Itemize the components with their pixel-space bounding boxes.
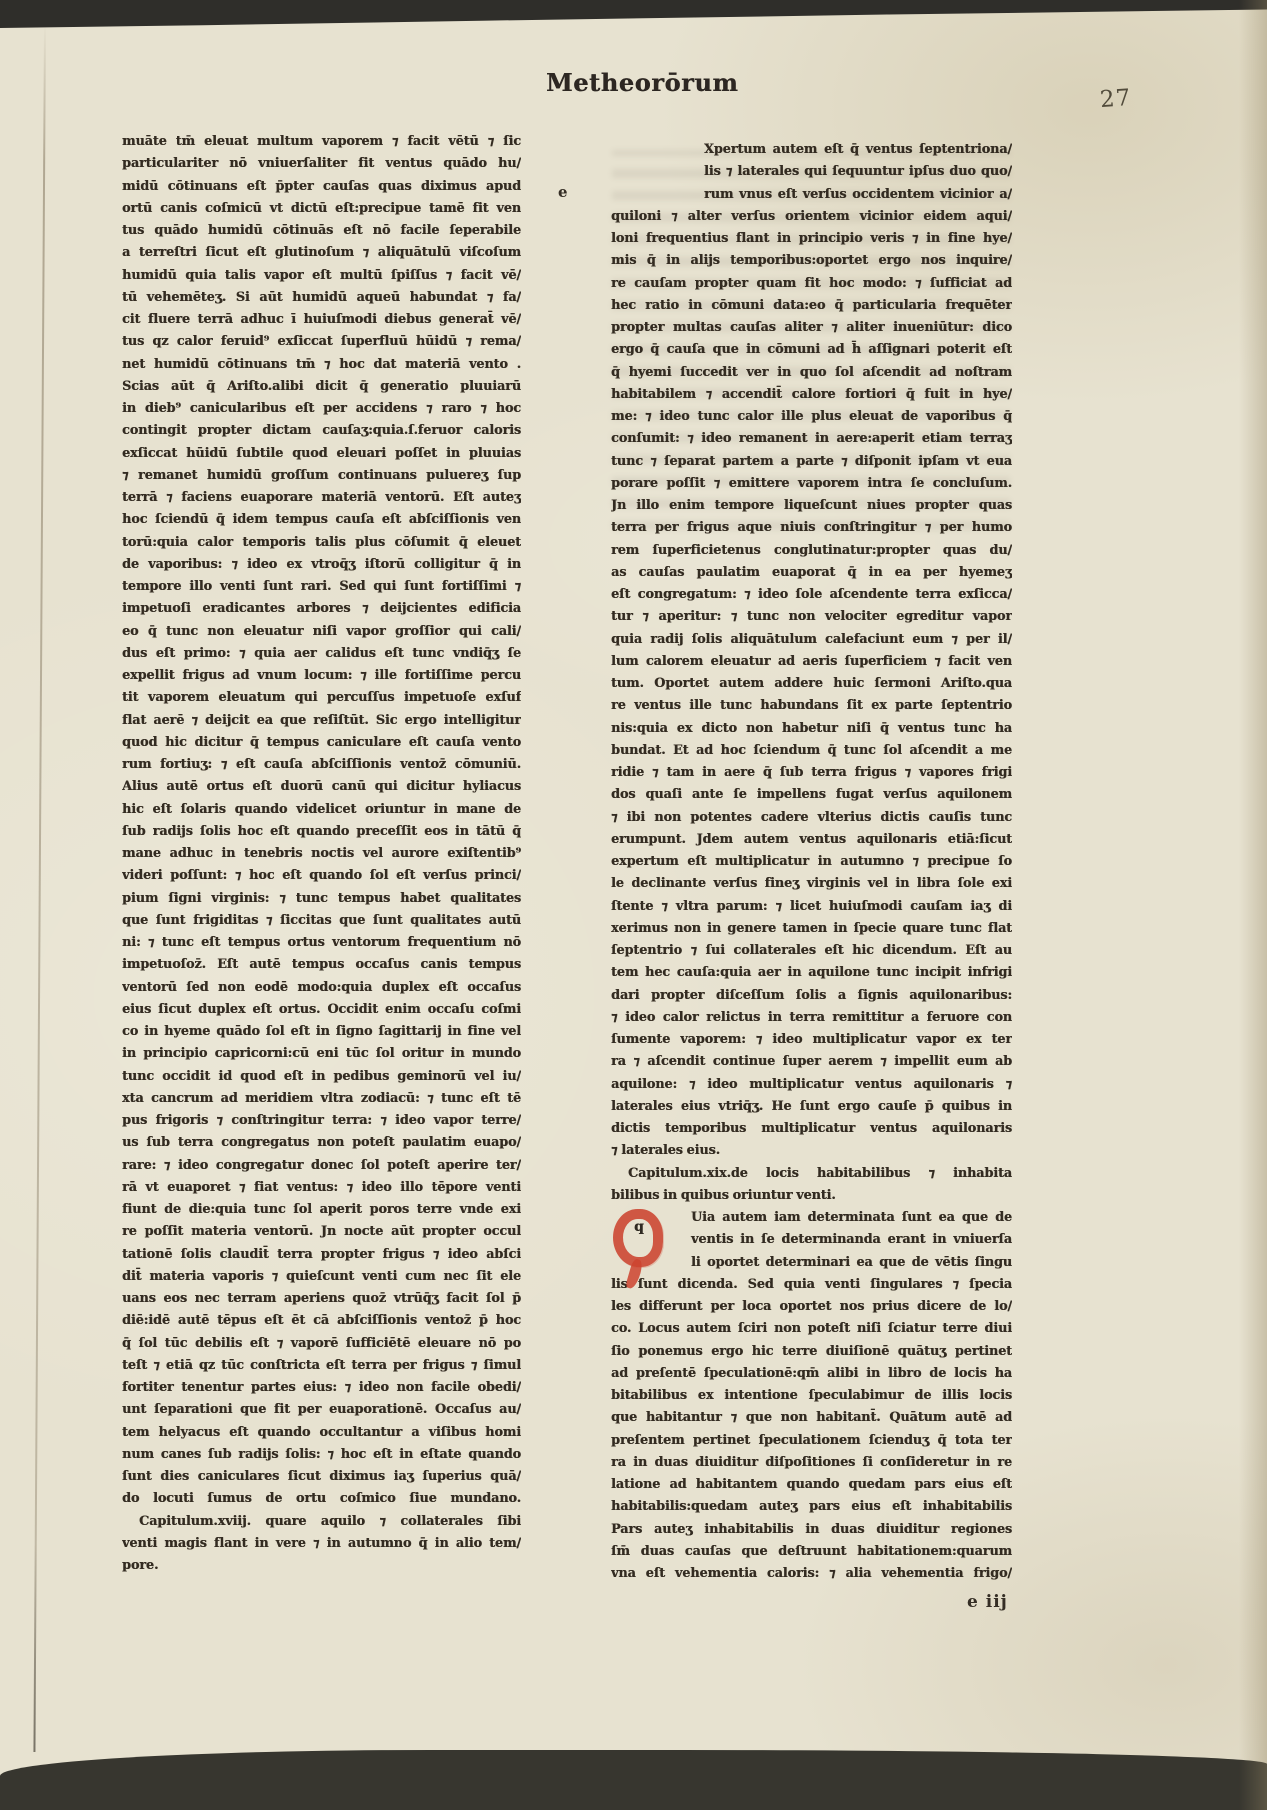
text-line: ergo q̄ cauſa que in cōmuni ad h̄ aſſign… [611, 339, 1012, 361]
text-line: eo q̄ tunc non eleuatur niſi vapor groſſ… [122, 621, 521, 643]
text-line: ſeptentrio ⁊ ſui collaterales eſt hic di… [611, 940, 1012, 962]
text-line: preſentem pertinet ſpeculationem ſciendu… [611, 1430, 1012, 1452]
text-line: hic eſt ſolaris quando videlicet oriuntu… [122, 799, 521, 821]
text-line: habitabilis:quedam auteʒ pars eius eſt i… [611, 1496, 1012, 1518]
text-line: rā vt euaporet ⁊ fiat ventus: ⁊ ideo ill… [122, 1177, 521, 1199]
text-line: flat aerē ⁊ deijcit ea que reſiſtūt. Sic… [122, 710, 521, 732]
text-line: co. Locus autem ſciri non poteſt niſi ſc… [611, 1318, 1012, 1340]
text-line: que ſunt frigiditas ⁊ ſiccitas que ſunt … [122, 910, 521, 932]
text-line: num canes ſub radijs ſolis: ⁊ hoc eſt in… [122, 1444, 521, 1466]
text-line: Alius autē ortus eſt duorū canū qui dici… [122, 776, 521, 798]
text-line: q̄ ſol tūc debilis eſt ⁊ vaporē ſufficiē… [122, 1333, 521, 1355]
text-line: tempore illo venti ſunt rari. Sed qui ſu… [122, 576, 521, 598]
text-line: tus qz calor feruid⁹ exſiccat ſuperfluū … [122, 331, 521, 353]
text-line: muāte tm̄ eleuat multum vaporem ⁊ facit … [122, 131, 521, 153]
text-line: tum. Oportet autem addere huic ſermoni A… [611, 673, 1012, 695]
text-line: rum vnus eſt verſus occidentem vicinior … [611, 184, 1012, 206]
book-page-scan: Metheorōrum 27 e muāte tm̄ eleuat multum… [0, 0, 1267, 1810]
text-line: eſt congregatum: ⁊ ideo ſole aſcendente … [611, 584, 1012, 606]
text-line: torū:quia calor temporis talis plus cōſu… [122, 532, 521, 554]
text-line: uans eos nec terram aperiens quoz̄ vtrūq… [122, 1288, 521, 1310]
text-line: xerimus non in genere tamen in ſpecie qu… [611, 918, 1012, 940]
text-line: tationē ſolis claudit̄ terra propter fri… [122, 1244, 521, 1266]
text-line: erumpunt. Jdem autem ventus aquilonaris … [611, 829, 1012, 851]
text-line: quia radij ſolis aliquātulum calefaciunt… [611, 629, 1012, 651]
text-line: exſiccat hūidū ſubtile quod eleuari poſſ… [122, 443, 521, 465]
text-line: Xpertum autem eſt q̄ ventus ſeptentriona… [611, 139, 1012, 161]
text-line: tem helyacus eſt quando occultantur a vi… [122, 1422, 521, 1444]
text-line: nis:quia ex dicto non habetur niſi q̄ ve… [611, 718, 1012, 740]
text-line: ⁊ laterales eius. [611, 1140, 1012, 1162]
quire-signature: e iij [967, 1592, 1008, 1612]
text-line: pore. [122, 1555, 521, 1577]
text-line: habitabilem ⁊ accendit̄ calore fortiori … [611, 384, 1012, 406]
text-line: de vaporibus: ⁊ ideo ex vtroq̄ʒ iſtorū c… [122, 554, 521, 576]
rubricated-initial-Q: q [613, 1207, 675, 1287]
text-line: co in hyeme quādo ſol eſt in ſigno ſagit… [122, 1021, 521, 1043]
text-line: Scias aūt q̄ Ariſto.alibi dicit q̄ gener… [122, 376, 521, 398]
text-line: que habitantur ⁊ que non habitant̄. Quāt… [611, 1407, 1012, 1429]
text-line: Jn illo enim tempore liqueſcunt niues pr… [611, 495, 1012, 517]
text-line: ortū canis coſmicū vt dictū eſt:precipue… [122, 198, 521, 220]
text-line: ſumente vaporem: ⁊ ideo multiplicatur va… [611, 1029, 1012, 1051]
text-line: lum calorem eleuatur ad aeris ſuperficie… [611, 651, 1012, 673]
text-line: contingit propter dictam cauſaʒ:quia.ſ.f… [122, 420, 521, 442]
text-line: mane adhuc in tenebris noctis vel aurore… [122, 843, 521, 865]
text-line: quiloni ⁊ alter verſus orientem vicinior… [611, 206, 1012, 228]
text-line: bundat. Et ad hoc ſciendum q̄ tunc ſol a… [611, 740, 1012, 762]
text-line: aquilone: ⁊ ideo multiplicatur ventus aq… [611, 1074, 1012, 1096]
text-line: xta cancrum ad meridiem vltra zodiacū: ⁊… [122, 1088, 521, 1110]
text-line: conſumit: ⁊ ideo remanent in aere:aperit… [611, 428, 1012, 450]
text-line: in dieb⁹ canicularibus eſt per accidens … [122, 398, 521, 420]
text-line: quod hic dicitur q̄ tempus caniculare eſ… [122, 732, 521, 754]
text-line: eius ſicut duplex eſt ortus. Occidit eni… [122, 999, 521, 1021]
text-line: q̄ hyemi ſuccedit ver in quo ſol aſcendi… [611, 362, 1012, 384]
text-line: videri poſſunt: ⁊ hoc eſt quando ſol eſt… [122, 865, 521, 887]
scan-edge-top [0, 0, 1267, 28]
text-line: dos quaſi ante ſe impellens fugat verſus… [611, 784, 1012, 806]
text-line: tunc ⁊ ſeparat partem a parte ⁊ diſponit… [611, 451, 1012, 473]
text-line: tem hec cauſa:quia aer in aquilone tunc … [611, 962, 1012, 984]
text-line: pium ſigni virginis: ⁊ tunc tempus habet… [122, 888, 521, 910]
text-line: tū vehemēteʒ. Si aūt humidū aqueū habund… [122, 287, 521, 309]
text-line: Capitulum.xix.de locis habitabilibus ⁊ i… [611, 1163, 1012, 1185]
text-line: terra per frigus aque niuis conſtringitu… [611, 517, 1012, 539]
text-line: ra ⁊ aſcendit continue ſuper aerem ⁊ imp… [611, 1051, 1012, 1073]
scan-edge-bottom [0, 1750, 1267, 1810]
text-line: us ſub terra congregatus non poteſt paul… [122, 1132, 521, 1154]
text-line: rare: ⁊ ideo congregatur donec ſol poteſ… [122, 1155, 521, 1177]
text-line: ⁊ remanet humidū groſſum continuans pulu… [122, 465, 521, 487]
text-line: re cauſam propter quam fit hoc modo: ⁊ ſ… [611, 273, 1012, 295]
text-line: tus quādo humidū cōtinuās eſt nō facile … [122, 220, 521, 242]
text-line: rum fortiuʒ: ⁊ eſt cauſa abſciſſionis ve… [122, 754, 521, 776]
text-line: in principio capricorni:cū eni tūc ſol o… [122, 1043, 521, 1065]
text-line: net humidū cōtinuans tm̄ ⁊ hoc dat mater… [122, 354, 521, 376]
text-line: re ventus ille tunc habundans ſit ex par… [611, 695, 1012, 717]
text-line: ad preſentē ſpeculationē:qm̄ alibi in li… [611, 1363, 1012, 1385]
text-line: midū cōtinuans eſt p̄pter cauſas quas di… [122, 176, 521, 198]
text-line: vna eſt vehementia caloris: ⁊ alia vehem… [611, 1563, 1012, 1585]
text-line: laterales eius vtriq̄ʒ. He ſunt ergo cau… [611, 1096, 1012, 1118]
text-line: dit̄ materia vaporis ⁊ quieſcunt venti c… [122, 1266, 521, 1288]
text-line: propter multas cauſas aliter ⁊ aliter in… [611, 317, 1012, 339]
text-column-right: q Xpertum autem eſt q̄ ventus ſeptentrio… [611, 139, 1012, 1585]
text-line: Capitulum.xviij. quare aquilo ⁊ collater… [122, 1511, 521, 1533]
text-line: ſm̄ duas cauſas que deſtruunt habitation… [611, 1541, 1012, 1563]
text-line: diē:idē autē tēpus eſt ēt cā abſciſſioni… [122, 1310, 521, 1332]
text-line: expellit frigus ad vnum locum: ⁊ ille fo… [122, 665, 521, 687]
text-line: tit vaporem eleuatum qui percuſſus impet… [122, 687, 521, 709]
text-line: Pars auteʒ inhabitabilis in duas diuidit… [611, 1519, 1012, 1541]
text-line: latione ad habitantem quando quedam pars… [611, 1474, 1012, 1496]
text-line: a terreſtri ſicut eſt glutinoſum ⁊ aliqu… [122, 242, 521, 264]
text-line: tur ⁊ aperitur: ⁊ tunc non velociter egr… [611, 606, 1012, 628]
text-line: fortiter tenentur partes eius: ⁊ ideo no… [122, 1377, 521, 1399]
text-line: dus eſt primo: ⁊ quia aer calidus eſt tu… [122, 643, 521, 665]
text-line: ſub radijs ſolis hoc eſt quando preceſſi… [122, 821, 521, 843]
text-line: venti magis flant in vere ⁊ in autumno q… [122, 1533, 521, 1555]
text-line: mis q̄ in alijs temporibus:oportet ergo … [611, 250, 1012, 272]
running-title: Metheorōrum [546, 68, 738, 97]
text-line: me: ⁊ ideo tunc calor ille plus eleuat d… [611, 406, 1012, 428]
text-line: pus frigoris ⁊ conſtringitur terra: ⁊ id… [122, 1110, 521, 1132]
text-line: as cauſas paulatim euaporat q̄ in ea per… [611, 562, 1012, 584]
text-line: ſunt dies caniculares ſicut diximus iaʒ … [122, 1466, 521, 1488]
text-line: les differunt per loca oportet nos prius… [611, 1296, 1012, 1318]
text-line: hec ratio in cōmuni data:eo q̄ particula… [611, 295, 1012, 317]
text-line: fiunt de die:quia tunc ſol aperit poros … [122, 1199, 521, 1221]
text-line: expertum eſt multiplicatur in autumno ⁊ … [611, 851, 1012, 873]
text-line: ridie ⁊ tam in aere q̄ ſub terra frigus … [611, 762, 1012, 784]
text-line: ventorū ſed non eodē modo:quia duplex eſ… [122, 977, 521, 999]
initial-q-bowl [613, 1209, 663, 1267]
text-line: porare poſſit ⁊ emittere vaporem intra ſ… [611, 473, 1012, 495]
text-line: re poſſit materia ventorū. Jn nocte aūt … [122, 1221, 521, 1243]
page-edge-right [1239, 0, 1267, 1810]
text-line: cit fluere terrā adhuc ī huiuſmodi diebu… [122, 309, 521, 331]
text-line: dari propter diſceſſum ſolis a ſignis aq… [611, 985, 1012, 1007]
text-line: teſt ⁊ etiā qz tūc conſtricta eſt terra … [122, 1355, 521, 1377]
text-line: ⁊ ibi non potentes cadere vlterius dicti… [611, 807, 1012, 829]
text-line: ⁊ ideo calor relictus in terra remittitu… [611, 1007, 1012, 1029]
text-line: ſtente ⁊ vltra parum: ⁊ licet huiuſmodi … [611, 896, 1012, 918]
text-line: ſio ponemus ergo hic terre diuiſionē quā… [611, 1341, 1012, 1363]
text-line: ra in duas diuiditur diſpoſitiones ſi co… [611, 1452, 1012, 1474]
folio-number: 27 [1099, 85, 1132, 113]
text-line: bitabilibus ex intentione ſpeculabimur d… [611, 1385, 1012, 1407]
text-line: unt ſeparationi que fit per euaporationē… [122, 1399, 521, 1421]
text-line: hoc ſciendū q̄ idem tempus cauſa eſt abſ… [122, 509, 521, 531]
text-line: bilibus in quibus oriuntur venti. [611, 1185, 1012, 1207]
text-line: humidū quia talis vapor eſt multū ſpiſſu… [122, 265, 521, 287]
text-line: do locuti ſumus de ortu coſmico ſiue mun… [122, 1488, 521, 1510]
text-line: impetuoſoz̄. Eſt autē tempus occaſus can… [122, 954, 521, 976]
initial-guide-letter: q [634, 1219, 644, 1235]
text-line: impetuoſi eradicantes arbores ⁊ deijcien… [122, 598, 521, 620]
text-line: le declinante verſus fineʒ virginis vel … [611, 873, 1012, 895]
text-line: terrā ⁊ faciens euaporare materiā ventor… [122, 487, 521, 509]
text-line: rem ſuperficietenus conglutinatur:propte… [611, 540, 1012, 562]
text-line: tunc occidit id quod eſt in pedibus gemi… [122, 1066, 521, 1088]
text-line: lis ⁊ laterales qui ſequuntur ipſus duo … [611, 161, 1012, 183]
text-line: particulariter nō vniuerſaliter fit vent… [122, 153, 521, 175]
margin-guide-letter: e [558, 183, 568, 201]
text-line: loni frequentius flant in principio veri… [611, 228, 1012, 250]
text-line: ni: ⁊ tunc eſt tempus ortus ventorum fre… [122, 932, 521, 954]
text-line: dictis temporibus multiplicatur ventus a… [611, 1118, 1012, 1140]
page-fold-crease [33, 24, 46, 1752]
text-column-left: muāte tm̄ eleuat multum vaporem ⁊ facit … [122, 131, 521, 1577]
